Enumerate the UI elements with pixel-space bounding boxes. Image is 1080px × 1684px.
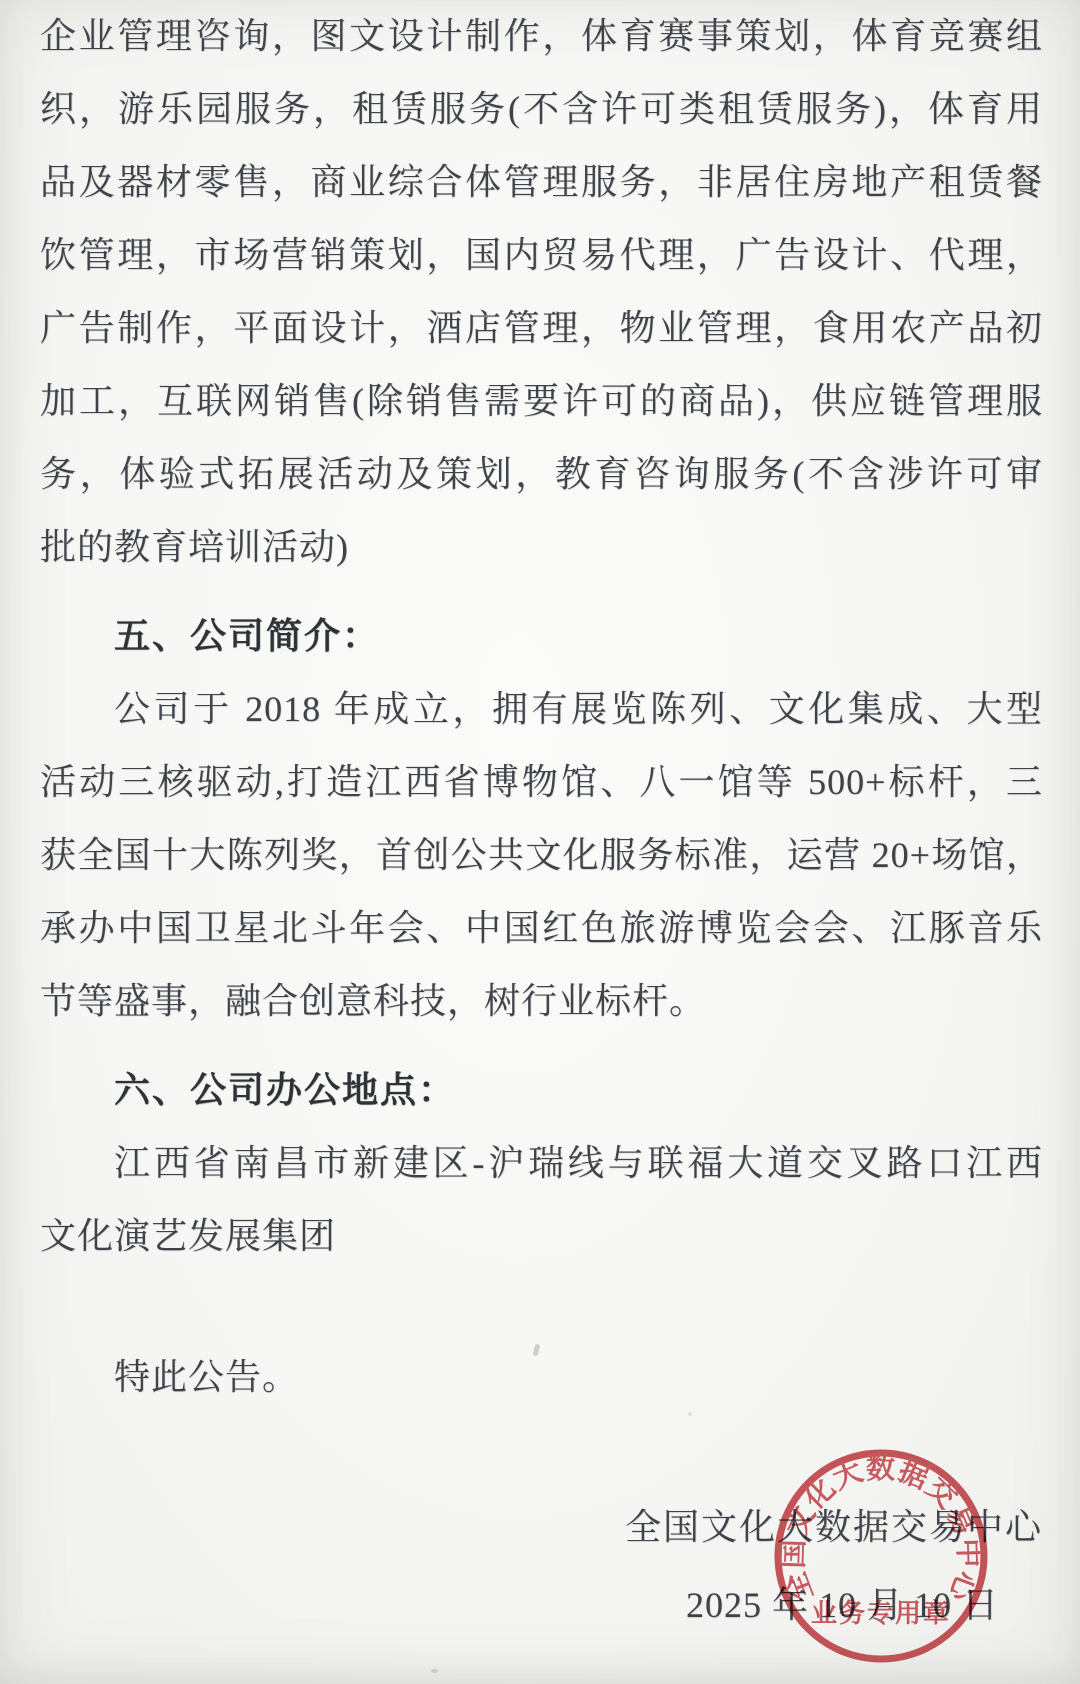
section5-line: 获全国十大陈列奖，首创公共文化服务标准，运营 20+场馆， [40, 819, 1043, 892]
body-line: 批的教育培训活动) [40, 511, 1043, 584]
body-line: 加工，互联网销售(除销售需要许可的商品)，供应链管理服 [40, 365, 1043, 438]
section5-line: 活动三核驱动,打造江西省博物馆、八一馆等 500+标杆，三 [40, 746, 1043, 819]
official-seal: 全国文化大数据交易中心 业务专用章 [771, 1446, 991, 1666]
section6-line: 文化演艺发展集团 [40, 1200, 1043, 1273]
section5-line: 节等盛事，融合创意科技，树行业标杆。 [40, 965, 1043, 1038]
body-line: 企业管理咨询，图文设计制作，体育赛事策划，体育竞赛组 [40, 0, 1043, 73]
body-line: 饮管理，市场营销策划，国内贸易代理，广告设计、代理， [40, 219, 1043, 292]
section5-line: 承办中国卫星北斗年会、中国红色旅游博览会会、江豚音乐 [40, 892, 1043, 965]
body-line: 织，游乐园服务，租赁服务(不含许可类租赁服务)，体育用 [40, 73, 1043, 146]
body-line: 品及器材零售，商业综合体管理服务，非居住房地产租赁餐 [40, 146, 1043, 219]
section5-heading: 五、公司简介： [40, 600, 1043, 673]
section6-heading: 六、公司办公地点： [40, 1054, 1043, 1127]
seal-ring-text: 全国文化大数据交易中心 [777, 1452, 986, 1607]
section5-line: 公司于 2018 年成立，拥有展览陈列、文化集成、大型 [40, 673, 1043, 746]
document-body: 企业管理咨询，图文设计制作，体育赛事策划，体育竞赛组 织，游乐园服务，租赁服务(… [0, 0, 1080, 1684]
section6-line: 江西省南昌市新建区-沪瑞线与联福大道交叉路口江西 [40, 1127, 1043, 1200]
scanned-announcement-page: 企业管理咨询，图文设计制作，体育赛事策划，体育竞赛组 织，游乐园服务，租赁服务(… [0, 0, 1080, 1684]
closing-statement: 特此公告。 [40, 1341, 1043, 1414]
body-line: 务，体验式拓展活动及策划，教育咨询服务(不含涉许可审 [40, 438, 1043, 511]
body-line: 广告制作，平面设计，酒店管理，物业管理，食用农产品初 [40, 292, 1043, 365]
seal-ring-text-container: 全国文化大数据交易中心 [777, 1452, 986, 1607]
seal-bottom-text: 业务专用章 [811, 1598, 951, 1628]
